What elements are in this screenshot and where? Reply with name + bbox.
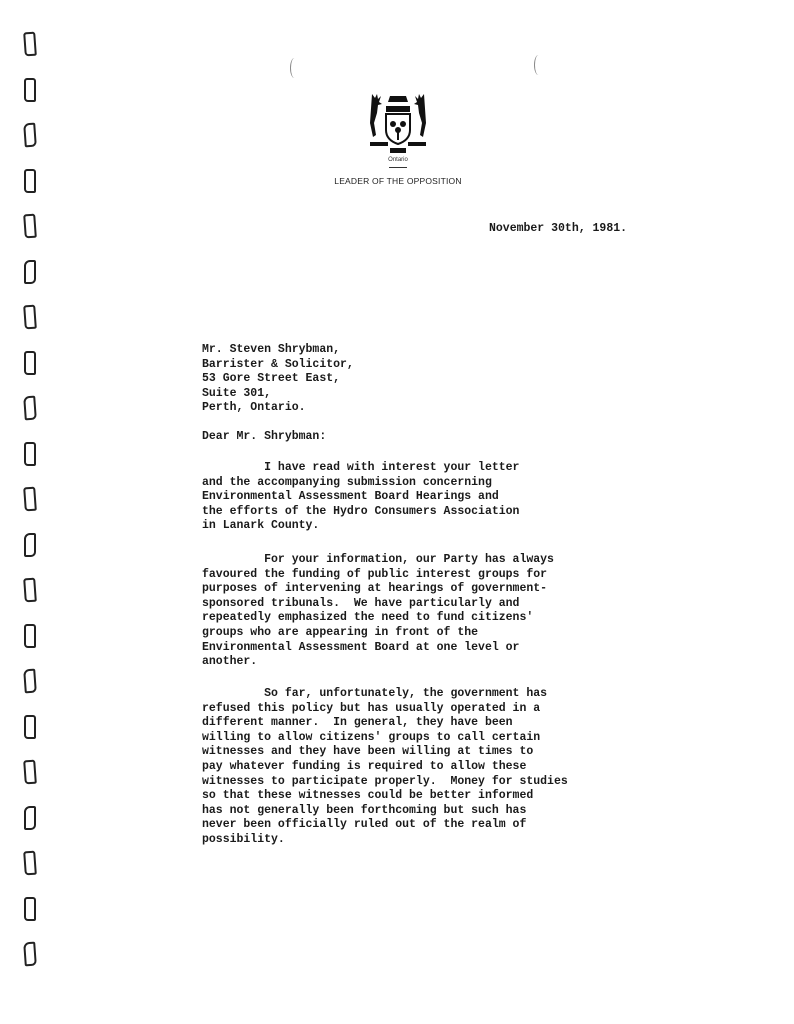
salutation: Dear Mr. Shrybman: bbox=[202, 430, 326, 443]
text-line: Perth, Ontario. bbox=[202, 401, 354, 416]
scan-artifact bbox=[534, 55, 543, 75]
binder-hole bbox=[24, 442, 36, 466]
crest-label: Ontario bbox=[368, 157, 428, 163]
text-line: 53 Gore Street East, bbox=[202, 372, 354, 387]
text-line: witnesses to participate properly. Money… bbox=[202, 775, 568, 790]
text-line: Environmental Assessment Board Hearings … bbox=[202, 490, 519, 505]
paragraph-3: So far, unfortunately, the government ha… bbox=[202, 687, 568, 848]
paragraph-1: I have read with interest your letterand… bbox=[202, 461, 519, 534]
binder-hole bbox=[24, 897, 36, 921]
text-line: favoured the funding of public interest … bbox=[202, 568, 554, 583]
text-line: pay whatever funding is required to allo… bbox=[202, 760, 568, 775]
divider bbox=[389, 167, 407, 168]
text-line: another. bbox=[202, 655, 554, 670]
text-line: I have read with interest your letter bbox=[202, 461, 519, 476]
text-line: so that these witnesses could be better … bbox=[202, 789, 568, 804]
text-line: never been officially ruled out of the r… bbox=[202, 818, 568, 833]
text-line: in Lanark County. bbox=[202, 519, 519, 534]
binder-hole bbox=[24, 533, 36, 557]
recipient-address: Mr. Steven Shrybman,Barrister & Solicito… bbox=[202, 343, 354, 416]
text-line: For your information, our Party has alwa… bbox=[202, 553, 554, 568]
binder-hole bbox=[23, 123, 37, 148]
binder-hole bbox=[24, 806, 36, 830]
binder-hole bbox=[24, 78, 36, 102]
text-line: repeatedly emphasized the need to fund c… bbox=[202, 611, 554, 626]
text-line: witnesses and they have been willing at … bbox=[202, 745, 568, 760]
text-line: purposes of intervening at hearings of g… bbox=[202, 582, 554, 597]
binder-hole bbox=[24, 715, 36, 739]
text-line: Mr. Steven Shrybman, bbox=[202, 343, 354, 358]
text-line: sponsored tribunals. We have particularl… bbox=[202, 597, 554, 612]
binder-hole bbox=[23, 305, 37, 330]
text-line: has not generally been forthcoming but s… bbox=[202, 804, 568, 819]
ontario-coat-of-arms-icon bbox=[368, 88, 428, 160]
binder-hole bbox=[23, 851, 37, 876]
binder-holes bbox=[24, 0, 44, 1024]
text-line: willing to allow citizens' groups to cal… bbox=[202, 731, 568, 746]
binder-hole bbox=[24, 169, 36, 193]
text-line: Environmental Assessment Board at one le… bbox=[202, 641, 554, 656]
text-line: Barrister & Solicitor, bbox=[202, 358, 354, 373]
letterhead-office: LEADER OF THE OPPOSITION bbox=[260, 176, 536, 186]
binder-hole bbox=[23, 396, 37, 421]
text-line: different manner. In general, they have … bbox=[202, 716, 568, 731]
binder-hole bbox=[24, 260, 36, 284]
binder-hole bbox=[23, 32, 37, 57]
binder-hole bbox=[23, 487, 37, 512]
text-line: groups who are appearing in front of the bbox=[202, 626, 554, 641]
binder-hole bbox=[23, 669, 37, 694]
binder-hole bbox=[23, 942, 37, 967]
text-line: the efforts of the Hydro Consumers Assoc… bbox=[202, 505, 519, 520]
letter-date: November 30th, 1981. bbox=[489, 222, 627, 235]
text-line: Suite 301, bbox=[202, 387, 354, 402]
text-line: possibility. bbox=[202, 833, 568, 848]
binder-hole bbox=[23, 214, 37, 239]
scan-artifact bbox=[290, 58, 299, 78]
text-line: and the accompanying submission concerni… bbox=[202, 476, 519, 491]
text-line: refused this policy but has usually oper… bbox=[202, 702, 568, 717]
binder-hole bbox=[24, 351, 36, 375]
paragraph-2: For your information, our Party has alwa… bbox=[202, 553, 554, 670]
binder-hole bbox=[23, 760, 37, 785]
binder-hole bbox=[23, 578, 37, 603]
binder-hole bbox=[24, 624, 36, 648]
text-line: So far, unfortunately, the government ha… bbox=[202, 687, 568, 702]
